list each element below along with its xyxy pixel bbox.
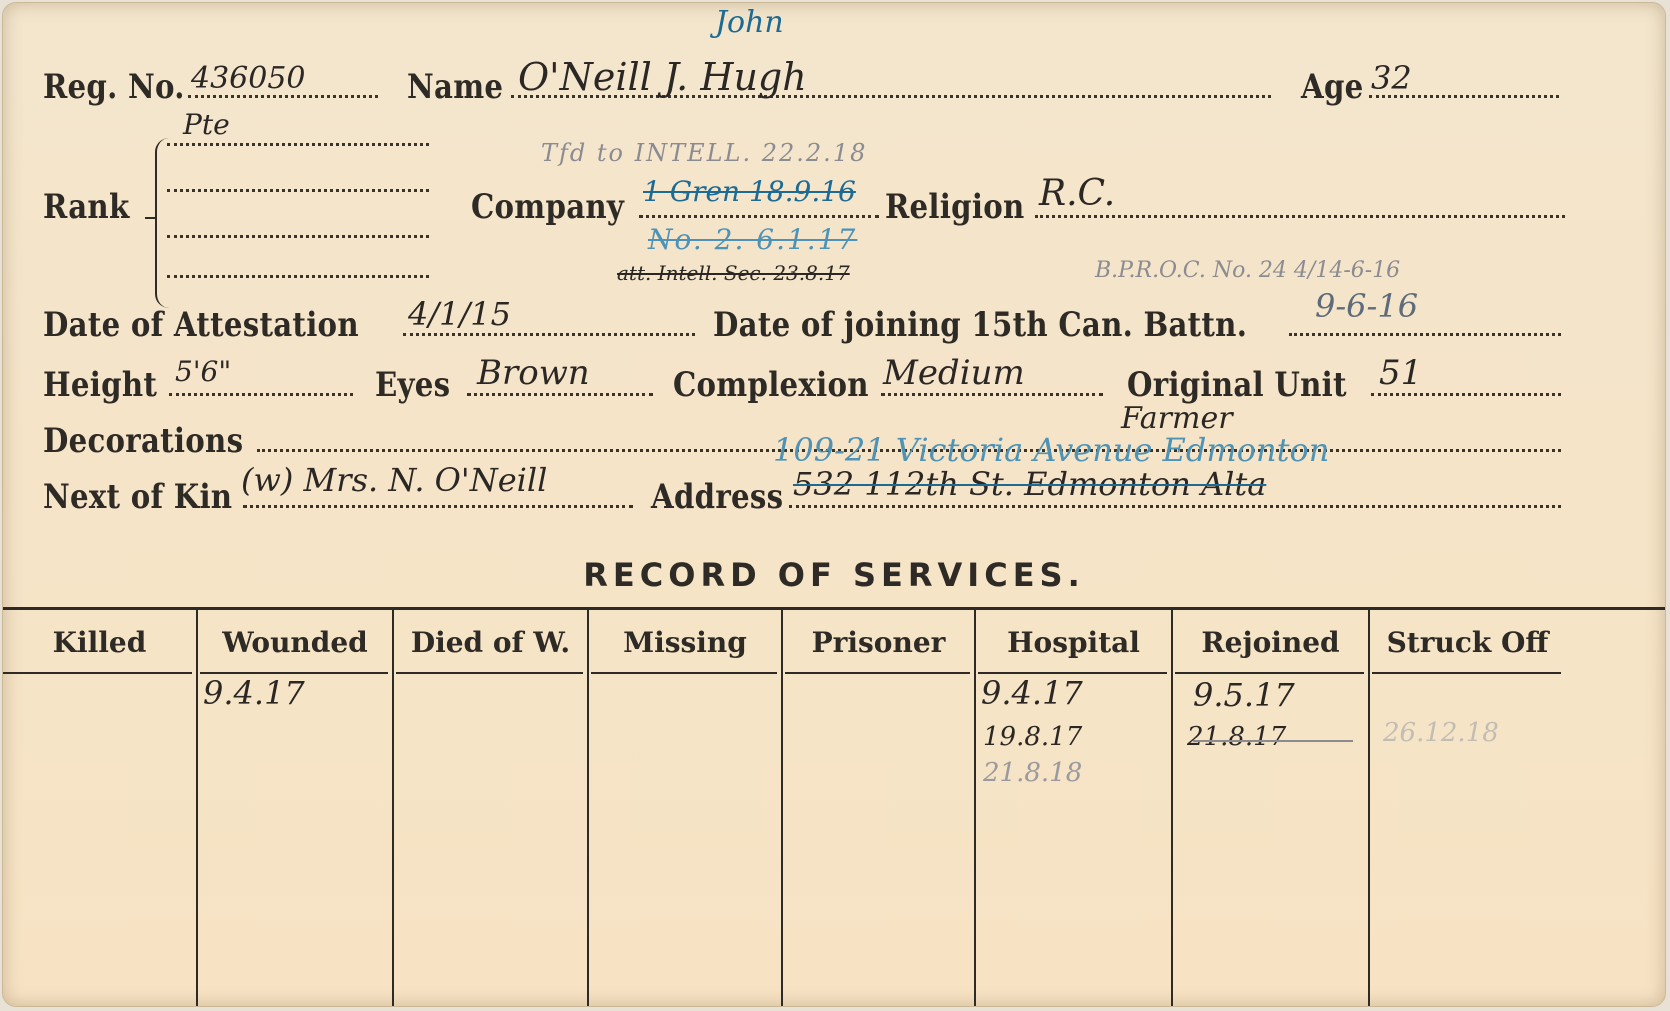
complexion-value: Medium [883,353,1025,393]
column-header-died-of-wounds: Died of W. [394,626,587,659]
column-header-hospital: Hospital [976,626,1171,659]
service-record-card: Reg. No. 436050 Name O'Neill J. Hugh Joh… [2,2,1666,1007]
record-of-services-table: Killed Wounded Died of W. Missing Prison… [3,610,1665,1006]
eyes-value: Brown [477,353,590,393]
next-of-kin-value: (w) Mrs. N. O'Neill [241,461,547,499]
eyes-dots [467,393,653,396]
religion-dots [1035,215,1565,218]
address-label: Address [651,477,783,517]
religion-value: R.C. [1039,173,1115,214]
rank-line-1 [167,143,429,146]
rank-label: Rank [43,187,129,227]
attestation-dots [403,333,695,336]
rank-line-2 [167,189,429,192]
company-annotation: Tfd to INTELL. 22.2.18 [541,139,867,167]
hospital-entry: 9.4.17 [981,674,1083,712]
column-header-rejoined: Rejoined [1173,626,1368,659]
original-unit-dots [1371,393,1561,396]
header-rule [3,672,192,674]
joining-value: 9-6-16 [1315,287,1418,325]
col-divider [392,610,394,1006]
height-value: 5'6" [175,355,231,388]
col-divider [196,610,198,1006]
col-divider [1368,610,1370,1006]
col-divider [587,610,589,1006]
address-dots [789,505,1561,508]
complexion-dots [881,393,1103,396]
header-rule [785,672,970,674]
rejoined-entry: 21.8.17 [1187,722,1286,752]
rank-brace-tip [145,217,155,219]
next-of-kin-label: Next of Kin [43,477,232,517]
column-header-prisoner: Prisoner [783,626,974,659]
rank-line-4 [167,275,429,278]
name-annotation: John [715,5,784,40]
hospital-entry: 21.8.18 [983,758,1082,788]
rank-brace [155,138,175,308]
company-dots [639,215,879,218]
header-rule [396,672,583,674]
struck-off-entry: 26.12.18 [1383,718,1499,748]
column-header-killed: Killed [3,626,196,659]
company-line2-struck: No. 2. 6.1.17 [648,223,857,256]
company-label: Company [471,187,624,227]
col-divider [1171,610,1173,1006]
reg-no-label: Reg. No. [43,67,185,107]
rejoined-underline [1193,740,1353,742]
rank-line-3 [167,235,429,238]
column-header-wounded: Wounded [198,626,392,659]
next-of-kin-dots [243,505,633,508]
height-dots [169,393,353,396]
original-unit-label: Original Unit [1127,365,1347,405]
religion-label: Religion [885,187,1025,227]
column-header-missing: Missing [589,626,781,659]
joining-dots [1289,333,1561,336]
hospital-entry: 19.8.17 [983,722,1082,752]
col-divider [974,610,976,1006]
complexion-label: Complexion [673,365,869,405]
address-struck-value: 532 112th St. Edmonton Alta [793,465,1266,503]
joining-label: Date of joining 15th Can. Battn. [713,305,1247,345]
reg-no-value: 436050 [191,61,306,96]
original-unit-value: 51 [1379,353,1422,393]
address-new-value: 109-21 Victoria Avenue Edmonton [773,431,1329,469]
header-rule [591,672,777,674]
header-rule [1372,672,1561,674]
column-header-struck-off: Struck Off [1370,626,1565,659]
rejoined-entry: 9.5.17 [1193,676,1295,714]
height-label: Height [43,365,157,405]
col-divider [781,610,783,1006]
eyes-label: Eyes [375,365,450,405]
rank-value: Pte [183,108,230,141]
wounded-entry: 9.4.17 [203,674,305,712]
attestation-label: Date of Attestation [43,305,359,345]
record-of-services-title: RECORD OF SERVICES. [3,556,1665,594]
age-value: 32 [1371,59,1412,97]
company-value-struck: 1 Gren 18.9.16 [643,175,856,208]
joining-annotation: B.P.R.O.C. No. 24 4/14-6-16 [1095,258,1400,283]
name-label: Name [407,67,503,107]
attestation-value: 4/1/15 [408,295,511,333]
company-line3-struck: att. Intell. Sec. 23.8.17 [617,261,850,285]
age-label: Age [1301,67,1364,107]
name-value: O'Neill J. Hugh [518,55,807,99]
header-rule [1175,672,1364,674]
decorations-label: Decorations [43,421,243,461]
